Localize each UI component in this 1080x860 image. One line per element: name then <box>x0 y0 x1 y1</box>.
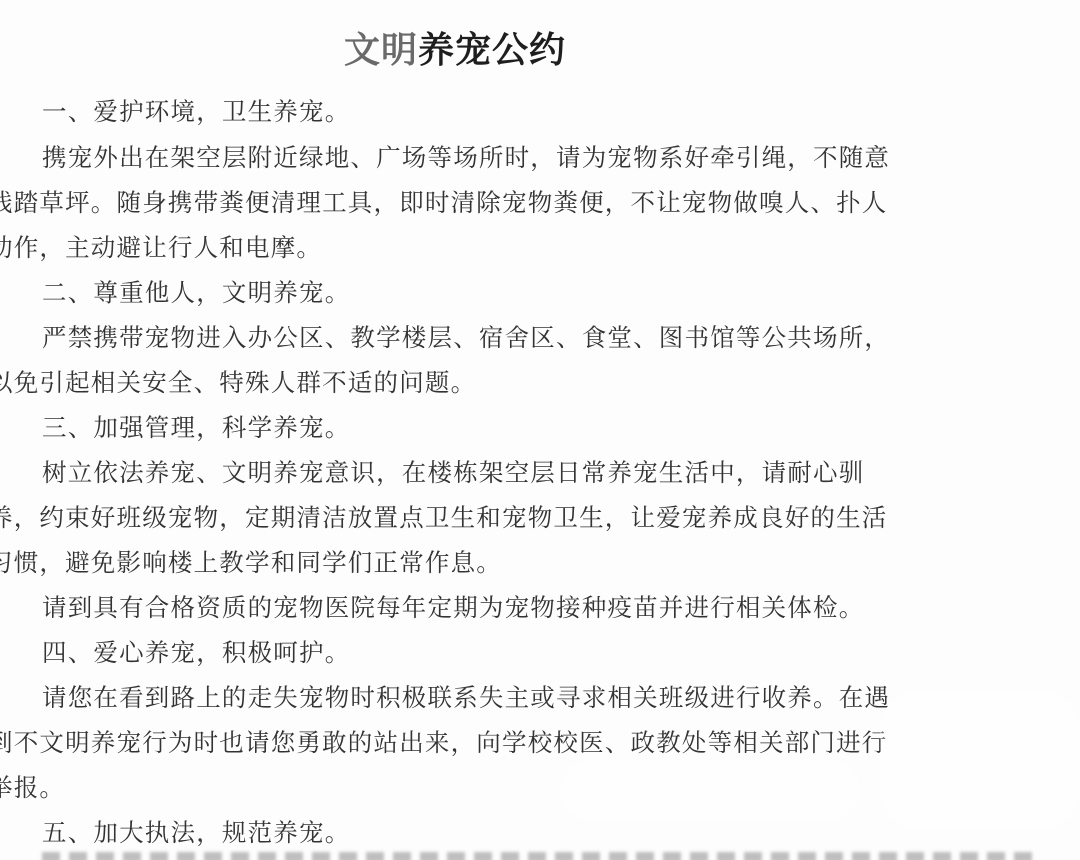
paragraph-line: 以免引起相关安全、特殊人群不适的问题。 <box>0 368 476 398</box>
paragraph-line: 请到具有合格资质的宠物医院每年定期为宠物接种疫苗并进行相关体检。 <box>42 593 864 623</box>
paragraph-line: 到不文明养宠行为时也请您勇敢的站出来，向学校校医、政教处等相关部门进行 <box>0 728 888 758</box>
paragraph-line: 携宠外出在架空层附近绿地、广场等场所时，请为宠物系好牵引绳，不随意 <box>42 143 890 173</box>
paragraph-line: 举报。 <box>0 773 65 803</box>
paragraph-line: 严禁携带宠物进入办公区、教学楼层、宿舍区、食堂、图书馆等公共场所， <box>42 323 890 353</box>
title-faded-part: 文明 <box>344 30 418 71</box>
paragraph-line: 习惯，避免影响楼上教学和同学们正常作息。 <box>0 548 502 578</box>
paragraph-line: 请您在看到路上的走失宠物时积极联系失主或寻求相关班级进行收养。在遇 <box>42 683 890 713</box>
section-heading-4: 四、爱心养宠，积极呵护。 <box>42 638 350 668</box>
paragraph-line: 树立依法养宠、文明养宠意识，在楼栋架空层日常养宠生活中，请耐心驯 <box>42 458 864 488</box>
document-page: 文明养宠公约 一、爱护环境，卫生养宠。 携宠外出在架空层附近绿地、广场等场所时，… <box>0 0 1080 860</box>
paragraph-line: 养，约束好班级宠物，定期清洁放置点卫生和宠物卫生，让爱宠养成良好的生活 <box>0 503 888 533</box>
section-heading-5: 五、加大执法，规范养宠。 <box>42 818 350 848</box>
paragraph-line: 践踏草坪。随身携带粪便清理工具，即时清除宠物粪便，不让宠物做嗅人、扑人 <box>0 188 888 218</box>
glare-overlay <box>560 760 860 820</box>
cropped-text-line <box>42 852 1032 860</box>
section-heading-3: 三、加强管理，科学养宠。 <box>42 413 350 443</box>
section-heading-2: 二、尊重他人，文明养宠。 <box>42 278 350 308</box>
document-title: 文明养宠公约 <box>0 22 910 73</box>
title-main-part: 养宠公约 <box>418 30 566 71</box>
glare-overlay <box>880 690 1080 830</box>
section-heading-1: 一、爱护环境，卫生养宠。 <box>42 97 350 127</box>
paragraph-line: 动作，主动避让行人和电摩。 <box>0 233 322 263</box>
